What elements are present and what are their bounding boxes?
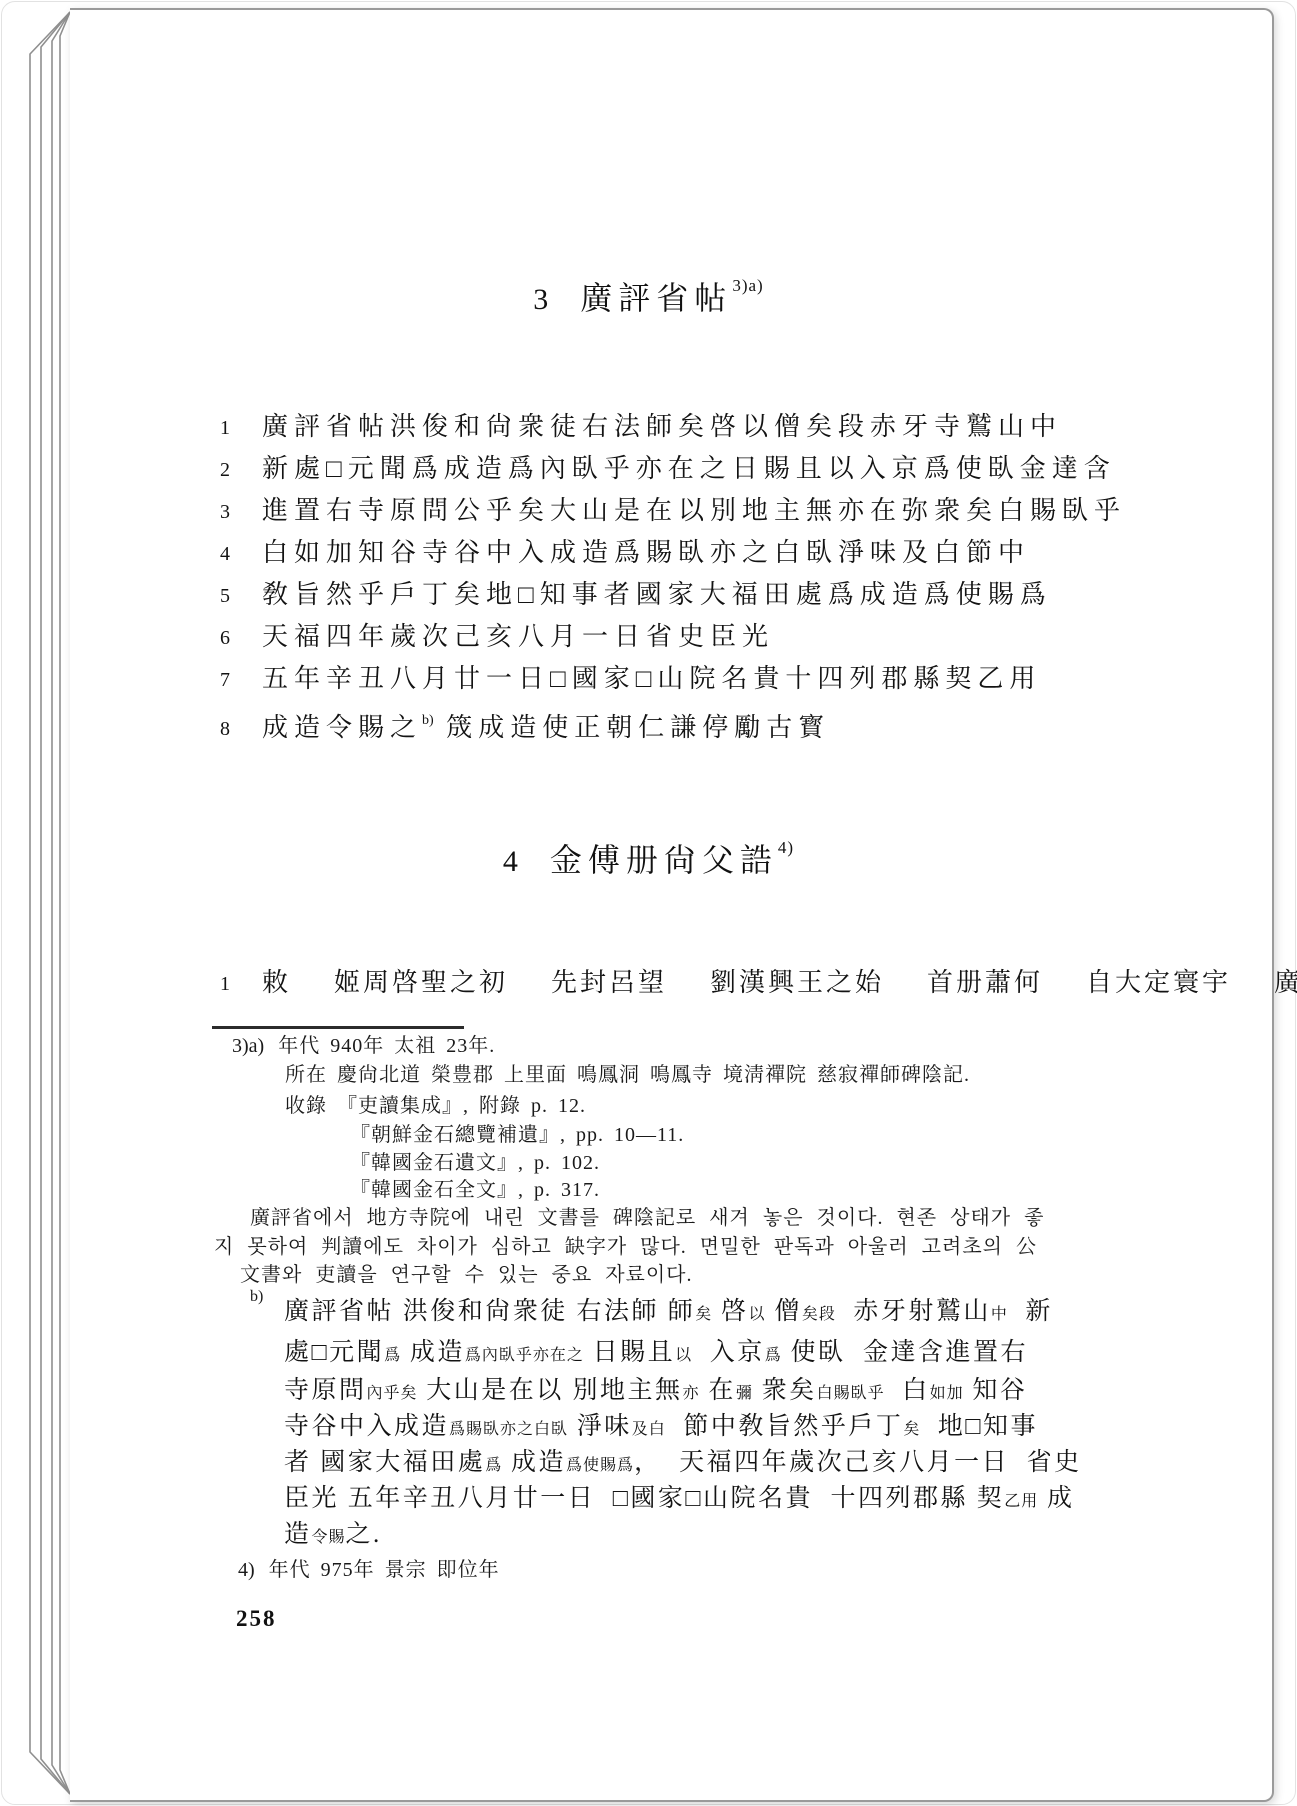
footnote-b-line: 臣光 五年辛丑八月廿一日 □國家□山院名貴 十四列郡縣 契乙用 成: [284, 1482, 1074, 1519]
idu-gloss-small: 爲: [765, 1347, 782, 1364]
line-text: 新處□元聞爲成造爲內臥乎亦在之日賜且以入京爲使臥金達含: [262, 454, 1116, 483]
text-line: 5敎旨然乎戶丁矣地□知事者國家大福田處爲成造爲使賜爲: [220, 578, 1052, 620]
line-number: 1: [220, 967, 262, 1001]
section4-title: 4金傅册尙父誥4): [0, 830, 1297, 880]
idu-text: 啓: [712, 1298, 748, 1325]
idu-text: 成造: [502, 1449, 566, 1476]
text-line: 7五年辛丑八月廿一日□國家□山院名貴十四列郡縣契乙用: [220, 662, 1041, 704]
idu-gloss-small: 亦: [683, 1385, 700, 1402]
idu-gloss-small: 爲使賜爲: [566, 1457, 634, 1474]
line-number: 4: [220, 537, 262, 571]
footnote-3a-row: 收錄 『吏讀集成』, 附錄 p. 12.: [285, 1093, 586, 1119]
idu-gloss-small: 以: [675, 1347, 692, 1364]
line-text: 五年辛丑八月廿一日□國家□山院名貴十四列郡縣契乙用: [262, 664, 1041, 693]
idu-gloss-small: 及白: [632, 1421, 666, 1438]
idu-text: 入京: [692, 1339, 765, 1366]
footnote-separator-rule: [212, 1026, 464, 1029]
idu-text: 處□元聞: [284, 1339, 384, 1366]
idu-text: 臣光 五年辛丑八月廿一日 □國家□山院名貴 十四列郡縣 契: [284, 1485, 1004, 1512]
idu-gloss-small: 矣段: [802, 1306, 836, 1323]
idu-gloss-small: 令賜: [312, 1529, 346, 1546]
footnote-b-line: 寺谷中入成造爲賜臥亦之白臥 淨味及白 節中敎旨然乎戶丁矣 地□知事: [284, 1410, 1038, 1447]
idu-text: 成: [1038, 1485, 1074, 1512]
footnote-3a-row: 所在 慶尙北道 榮豊郡 上里面 鳴鳳洞 鳴鳳寺 境淸禪院 慈寂禪師碑陰記.: [285, 1062, 970, 1088]
idu-text: 寺原問: [284, 1377, 367, 1404]
idu-gloss-small: 矣: [695, 1306, 712, 1323]
text-line: 4白如加知谷寺谷中入成造爲賜臥亦之白臥淨味及白節中: [220, 536, 1030, 578]
idu-gloss-small: 中: [991, 1306, 1008, 1323]
page-content: 3廣評省帖3)a) 1廣評省帖洪俊和尙衆徒右法師矣啓以僧矣段赤牙寺鷲山中 2新處…: [0, 0, 1297, 1806]
text-line: 6天福四年歲次己亥八月一日省史臣光: [220, 620, 774, 662]
scanned-book-page: 3廣評省帖3)a) 1廣評省帖洪俊和尙衆徒右法師矣啓以僧矣段赤牙寺鷲山中 2新處…: [0, 0, 1297, 1806]
idu-text: 大山是在以 別地主無: [418, 1377, 683, 1404]
line-number: 2: [220, 453, 262, 487]
idu-text: 在: [700, 1377, 736, 1404]
footnote-3a-commentary-line: 廣評省에서 地方寺院에 내린 文書를 碑陰記로 새겨 놓은 것이다. 현존 상태…: [250, 1205, 1044, 1231]
text-line: 8成造令賜之b) 筬成造使正朝仁謙停勵古寳: [220, 704, 830, 746]
idu-text: 赤牙射鷲山: [836, 1298, 991, 1325]
footnote-b-line: 廣評省帖 洪俊和尙衆徒 右法師 師矣 啓以 僧矣段 赤牙射鷲山中 新: [284, 1295, 1053, 1332]
text-line: 1敕 姬周啓聖之初 先封呂望 劉漢興王之始 首册蕭何 自大定寰宇 廣開: [220, 966, 1297, 1008]
idu-gloss-small: 爲賜臥亦之白臥: [449, 1421, 568, 1438]
text-line: 2新處□元聞爲成造爲內臥乎亦在之日賜且以入京爲使臥金達含: [220, 452, 1116, 494]
idu-gloss-small: 乙用: [1004, 1493, 1038, 1510]
line-text: 天福四年歲次己亥八月一日省史臣光: [262, 622, 774, 651]
footnote-3a-text: 年代 940年 太祖 23年.: [278, 1035, 495, 1057]
text-line: 3進置右寺原問公乎矣大山是在以別地主無亦在弥衆矣白賜臥乎: [220, 494, 1126, 536]
idu-gloss-small: 爲: [485, 1457, 502, 1474]
line-text: 敎旨然乎戶丁矣地□知事者國家大福田處爲成造爲使賜爲: [262, 580, 1052, 609]
line-number: 8: [220, 712, 262, 746]
section3-title-text: 廣評省帖: [580, 280, 732, 316]
idu-text: 白: [885, 1377, 930, 1404]
footnote-b-line: 造令賜之.: [284, 1518, 382, 1555]
inline-footnote-marker: b): [422, 713, 434, 728]
footnote-4-label: 4): [238, 1559, 255, 1581]
idu-text: 使臥 金達含進置右: [782, 1339, 1028, 1366]
idu-text: 節中敎旨然乎戶丁: [666, 1413, 904, 1440]
line-text-before-marker: 成造令賜之: [262, 713, 422, 742]
line-number: 1: [220, 411, 262, 445]
idu-text: 僧: [766, 1298, 802, 1325]
footnote-b-label: b): [250, 1288, 263, 1306]
idu-gloss-small: 內乎矣: [367, 1385, 418, 1402]
footnote-3a-reference: 『韓國金石全文』, p. 317.: [350, 1177, 600, 1203]
idu-text: 者 國家大福田處: [284, 1449, 485, 1476]
idu-text: ， 天福四年歲次己亥八月一日 省史: [634, 1449, 1082, 1476]
idu-gloss-small: 白賜臥乎: [817, 1385, 885, 1402]
idu-text: 淨味: [568, 1413, 632, 1440]
footnote-4-text: 年代 975年 景宗 即位年: [269, 1559, 500, 1581]
footnote-b-line: 處□元聞爲 成造爲內臥乎亦在之 日賜且以 入京爲 使臥 金達含進置右: [284, 1336, 1028, 1373]
idu-gloss-small: 如加: [930, 1385, 964, 1402]
footnote-3a-reference: 『韓國金石遺文』, p. 102.: [350, 1150, 600, 1176]
footnote-3a-commentary-line: 文書와 吏讀을 연구할 수 있는 중요 자료이다.: [240, 1262, 692, 1288]
line-text-after-marker: 筬成造使正朝仁謙停勵古寳: [434, 713, 831, 742]
idu-gloss-small: 以: [749, 1306, 766, 1323]
line-number: 5: [220, 579, 262, 613]
section4-title-text: 金傅册尙父誥: [550, 842, 778, 878]
footnote-4-row: 4)年代 975年 景宗 即位年: [238, 1557, 500, 1583]
idu-text: 成造: [401, 1339, 465, 1366]
idu-text: 廣評省帖 洪俊和尙衆徒 右法師 師: [284, 1298, 695, 1325]
footnote-3a-commentary-line: 지 못하여 判讀에도 차이가 심하고 缺字가 많다. 면밀한 판독과 아울러 고…: [214, 1234, 1037, 1260]
idu-gloss-small: 爲: [384, 1347, 401, 1364]
section4-footnote-marker: 4): [778, 838, 794, 857]
line-number: 7: [220, 663, 262, 697]
line-number: 6: [220, 621, 262, 655]
section4-number: 4: [503, 845, 518, 878]
section3-number: 3: [533, 283, 548, 316]
footnote-b-line: 寺原問內乎矣 大山是在以 別地主無亦 在彌 衆矣白賜臥乎 白如加 知谷: [284, 1374, 1027, 1411]
section3-title: 3廣評省帖3)a): [0, 268, 1297, 318]
line-text: 進置右寺原問公乎矣大山是在以別地主無亦在弥衆矣白賜臥乎: [262, 496, 1126, 525]
idu-text: 衆矣: [753, 1377, 817, 1404]
line-number: 3: [220, 495, 262, 529]
line-text: 白如加知谷寺谷中入成造爲賜臥亦之白臥淨味及白節中: [262, 538, 1030, 567]
footnote-b-line: 者 國家大福田處爲 成造爲使賜爲， 天福四年歲次己亥八月一日 省史: [284, 1446, 1082, 1483]
idu-text: 之.: [346, 1521, 382, 1548]
idu-gloss-small: 爲內臥乎亦在之: [465, 1347, 584, 1364]
idu-text: 寺谷中入成造: [284, 1413, 449, 1440]
idu-text: 造: [284, 1521, 312, 1548]
idu-gloss-small: 矣: [903, 1421, 920, 1438]
footnote-3a-label: 3)a): [232, 1035, 264, 1057]
section3-footnote-marker: 3)a): [732, 276, 763, 295]
footnote-3a-row: 3)a)年代 940年 太祖 23年.: [232, 1033, 495, 1059]
line-text: 廣評省帖洪俊和尙衆徒右法師矣啓以僧矣段赤牙寺鷲山中: [262, 412, 1062, 441]
page-number: 258: [236, 1606, 277, 1632]
idu-text: 地□知事: [920, 1413, 1038, 1440]
footnote-3a-reference: 『朝鮮金石總覽補遺』, pp. 10—11.: [350, 1122, 684, 1148]
line-text: 敕 姬周啓聖之初 先封呂望 劉漢興王之始 首册蕭何 自大定寰宇 廣開: [262, 968, 1297, 997]
line-text: 成造令賜之b) 筬成造使正朝仁謙停勵古寳: [262, 713, 830, 742]
idu-text: 日賜且: [584, 1339, 675, 1366]
idu-text: 新: [1008, 1298, 1053, 1325]
idu-text: 知谷: [964, 1377, 1028, 1404]
text-line: 1廣評省帖洪俊和尙衆徒右法師矣啓以僧矣段赤牙寺鷲山中: [220, 410, 1062, 452]
idu-gloss-small: 彌: [736, 1385, 753, 1402]
